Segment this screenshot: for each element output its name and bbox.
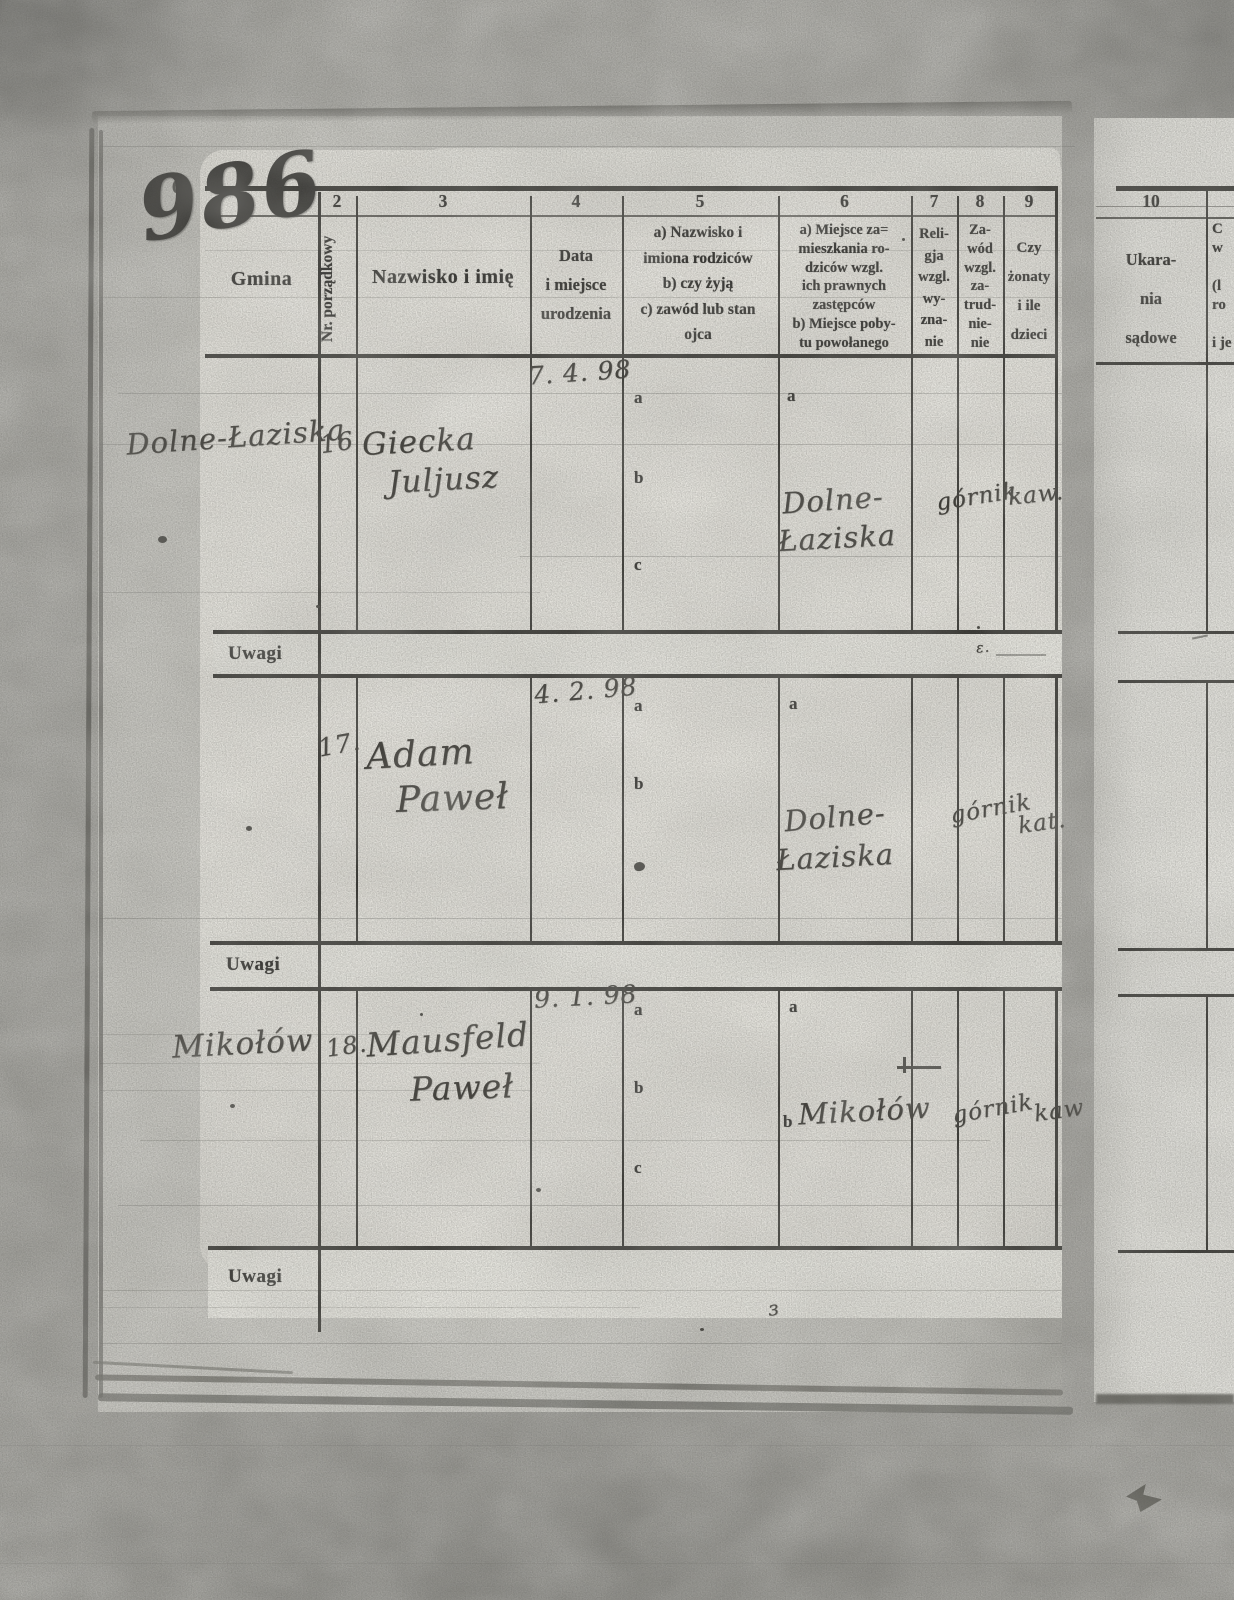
- row-3-col6-sublabel-a: a: [789, 997, 798, 1017]
- column-number-8: 8: [957, 191, 1003, 212]
- column-header-zawod: Za- wód wzgl. za- trud- nie- nie: [957, 221, 1003, 353]
- col-divider-6-7: [911, 678, 913, 941]
- ink-blemish: [536, 1188, 541, 1192]
- column-number-4: 4: [530, 191, 622, 212]
- right-band-2-bottom: [1118, 994, 1234, 997]
- page-stack-edge: [83, 128, 95, 1398]
- col-divider-2-3: [356, 678, 358, 941]
- scan-streak: [118, 393, 1062, 394]
- uwagi-label-2: Uwagi: [226, 954, 280, 976]
- row-1-sublabel-a: a: [634, 388, 643, 408]
- column-header-czy-zonaty: Czy żonaty i ile dzieci: [1003, 234, 1055, 350]
- column-header-nr-porzadkowy: Nr. porządkowy: [319, 222, 356, 356]
- column-number-6: 6: [778, 191, 911, 212]
- scan-streak: [140, 1140, 990, 1141]
- right-band-1-top: [1118, 631, 1234, 634]
- row-3-number: 18.: [324, 1029, 369, 1062]
- row-2-surname: Adam: [365, 731, 476, 778]
- row-3-cross-mark: [903, 1057, 906, 1073]
- uwagi-label-1: Uwagi: [228, 643, 282, 665]
- table-right-border: [1055, 190, 1058, 632]
- column-header-ukarania-sadowe: Ukara- nia sądowe: [1098, 240, 1204, 357]
- scan-streak: [100, 1290, 1062, 1291]
- row-3-birth-date: 9. 1. 98: [533, 979, 638, 1013]
- right-col-divider-10-11: [1206, 994, 1208, 1250]
- uwagi-band-1-bottom: [213, 674, 1062, 678]
- right-number-underline: [1096, 217, 1234, 219]
- row-3-marital-note: kaw: [1032, 1095, 1085, 1128]
- row-1-number: 16: [318, 426, 356, 459]
- column-header-rodzice: a) Nazwisko i imiona rodziców b) czy żyj…: [618, 220, 778, 348]
- row-3-gmina: Mikołów: [171, 1022, 314, 1065]
- right-page-bottom-edge: [1096, 1394, 1234, 1404]
- column-number-10: 10: [1096, 191, 1206, 212]
- ink-blemish: [246, 826, 252, 831]
- column-number-9: 9: [1003, 191, 1055, 212]
- row-2-given-name: Paweł: [395, 776, 509, 821]
- scan-streak: [118, 1205, 1062, 1206]
- scanned-registry-page: 986 6 2 3 4 5 6 7 8 9 10 Gmina Nr. porzą…: [0, 0, 1234, 1600]
- uwagi-1-mark: ε.: [975, 639, 990, 656]
- col-divider-4-5: [622, 678, 624, 941]
- uwagi-label-3: Uwagi: [228, 1266, 282, 1288]
- right-col-divider-10-11: [1206, 680, 1208, 948]
- row-1-residence-line2: Łaziska: [777, 518, 897, 558]
- col-divider-3-4: [530, 991, 532, 1246]
- uwagi-1-dash-mark: [996, 654, 1046, 656]
- right-band-1-bottom: [1118, 680, 1234, 683]
- row-1-sublabel-c: c: [634, 555, 642, 575]
- uwagi-band-2-top: [210, 941, 1062, 945]
- right-band-3-top: [1118, 1250, 1234, 1253]
- row-1-col6-sublabel-a: a: [787, 386, 796, 406]
- row-2-col6-sublabel-a: a: [789, 694, 798, 714]
- ink-blemish: [700, 1328, 704, 1331]
- column-header-data-urodzenia: Data i miejsce urodzenia: [530, 241, 622, 328]
- uwagi-band-3-top: [208, 1246, 1062, 1250]
- col-divider-3-4: [530, 678, 532, 941]
- column-header-nazwisko: Nazwisko i imię: [356, 266, 530, 289]
- page-stack-edge: [99, 130, 103, 1398]
- scan-streak: [100, 1307, 640, 1308]
- column-number-underline: [205, 215, 1058, 217]
- ink-blemish: [316, 605, 320, 608]
- row-3-residence-line1: Mikołów: [797, 1091, 931, 1132]
- column-header-miejsce-zamieszkania: a) Miejsce za= mieszkania ro- dziców wzg…: [776, 221, 912, 353]
- row-2-residence-line2: Łaziska: [775, 837, 895, 877]
- dark-blob-blemish: [1126, 1484, 1162, 1512]
- col-divider-4-5: [622, 991, 624, 1246]
- row-1-residence-line1: Dolne-: [781, 479, 885, 520]
- column-number-7: 7: [911, 191, 957, 212]
- ink-blemish: [977, 626, 980, 629]
- column-header-gmina: Gmina: [205, 268, 318, 291]
- ink-blemish: [634, 862, 645, 871]
- col-divider-5-6: [778, 991, 780, 1246]
- row-3-given-name: Paweł: [409, 1066, 514, 1109]
- scan-streak: [100, 918, 1062, 919]
- ink-blemish: [230, 1104, 235, 1108]
- row-2-sublabel-b: b: [634, 774, 643, 794]
- column-number-3: 3: [356, 191, 530, 212]
- column-header-religja: Reli- gja wzgl. wy- zna- nie: [911, 224, 957, 353]
- row-1-surname: Giecka: [361, 421, 476, 463]
- row-3-col6-sublabel-b: b: [783, 1112, 792, 1132]
- row-1-sublabel-b: b: [634, 468, 643, 488]
- uwagi-band-1: [213, 630, 1062, 678]
- scan-streak: [100, 1343, 1062, 1344]
- column-number-5: 5: [622, 191, 778, 212]
- right-band-2-top: [1118, 948, 1234, 951]
- col-divider-5-6: [778, 678, 780, 941]
- right-header-bottom: [1096, 362, 1234, 365]
- ink-blemish: [158, 536, 167, 543]
- uwagi-band-1-top: [213, 630, 1062, 634]
- ink-blemish: [902, 238, 905, 241]
- row-3-sublabel-b: b: [634, 1078, 643, 1098]
- scan-streak: [0, 1445, 1234, 1446]
- ink-blemish: [420, 1013, 423, 1016]
- row-1-given-name: Juljusz: [387, 459, 500, 501]
- right-col-divider-10-11: [1206, 190, 1208, 633]
- paper-highlight-strip: [430, 148, 1060, 188]
- scan-streak: [0, 1563, 1234, 1564]
- row-3-sublabel-c: c: [634, 1158, 642, 1178]
- clipped-next-column-text: C w (l ro i je: [1212, 220, 1234, 353]
- col-divider-2-3: [356, 196, 358, 630]
